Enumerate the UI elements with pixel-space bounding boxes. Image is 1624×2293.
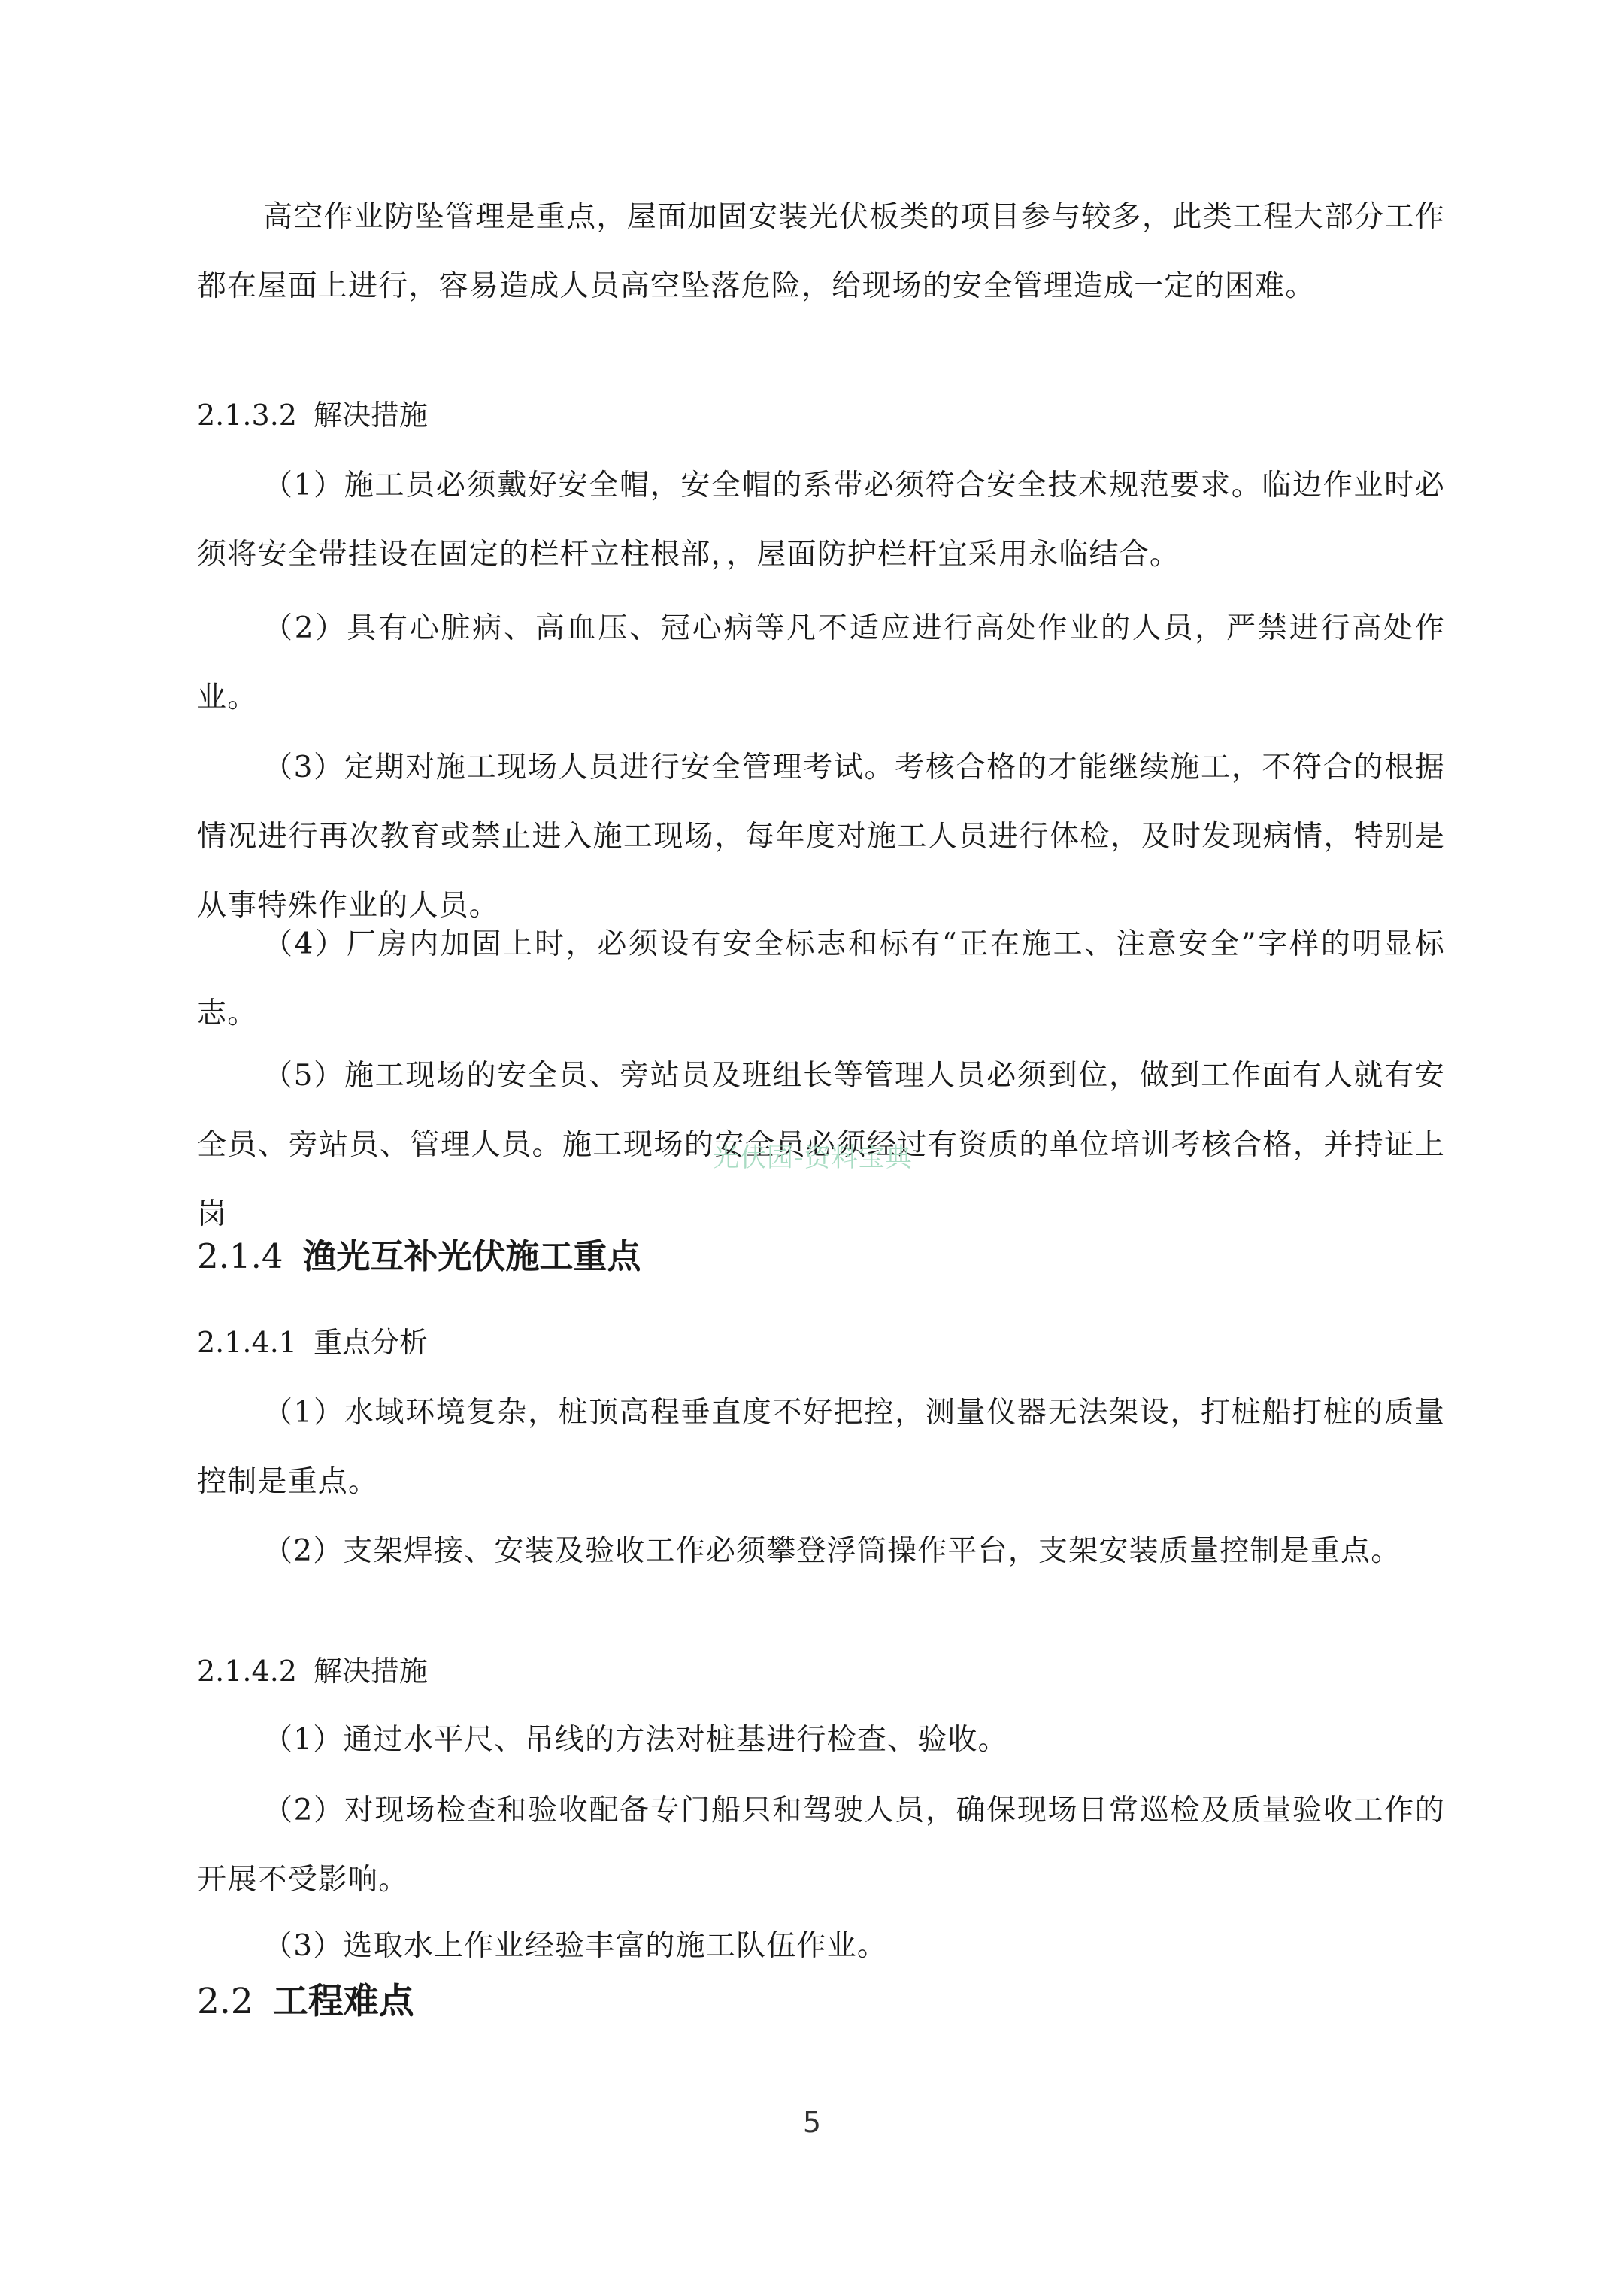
heading-2-1-4-2: 2.1.4.2解决措施 [197,1652,1445,1690]
list-item: （1）施工员必须戴好安全帽，安全帽的系带必须符合安全技术规范要求。临边作业时必须… [197,451,1445,590]
paragraph: 高空作业防坠管理是重点，屋面加固安装光伏板类的项目参与较多，此类工程大部分工作都… [197,183,1445,321]
paragraph: （1）通过水平尺、吊线的方法对桩基进行检查、验收。 [197,1706,1445,1775]
heading-title: 工程难点 [273,1981,414,2022]
heading-title: 渔光互补光伏施工重点 [303,1236,641,1276]
intro-paragraph-block: 高空作业防坠管理是重点，屋面加固安装光伏板类的项目参与较多，此类工程大部分工作都… [197,183,1445,321]
list-item: （2）支架焊接、安装及验收工作必须攀登浮筒操作平台，支架安装质量控制是重点。 [197,1517,1445,1586]
heading-number: 2.1.4.1 [197,1326,297,1359]
list-item: （2）具有心脏病、高血压、冠心病等凡不适应进行高处作业的人员，严禁进行高处作业。 [197,594,1445,732]
paragraph: （2）对现场检查和验收配备专门船只和驾驶人员，确保现场日常巡检及质量验收工作的开… [197,1776,1445,1915]
list-item: （2）对现场检查和验收配备专门船只和驾驶人员，确保现场日常巡检及质量验收工作的开… [197,1776,1445,1915]
paragraph: （1）水域环境复杂，桩顶高程垂直度不好把控，测量仪器无法架设，打桩船打桩的质量控… [197,1379,1445,1517]
heading-title: 解决措施 [314,1655,428,1688]
heading-2-2: 2.2工程难点 [197,1980,1445,2024]
watermark: 光伏园-资料宝典 [713,1137,913,1175]
list-item: （1）通过水平尺、吊线的方法对桩基进行检查、验收。 [197,1706,1445,1775]
paragraph: （2）具有心脏病、高血压、冠心病等凡不适应进行高处作业的人员，严禁进行高处作业。 [197,594,1445,732]
page-number: 5 [0,2106,1624,2139]
document-page: 高空作业防坠管理是重点，屋面加固安装光伏板类的项目参与较多，此类工程大部分工作都… [0,0,1624,2293]
paragraph: （1）施工员必须戴好安全帽，安全帽的系带必须符合安全技术规范要求。临边作业时必须… [197,451,1445,590]
heading-number: 2.1.3.2 [197,399,297,432]
list-item: （1）水域环境复杂，桩顶高程垂直度不好把控，测量仪器无法架设，打桩船打桩的质量控… [197,1379,1445,1517]
heading-title: 重点分析 [314,1326,428,1359]
heading-2-1-4: 2.1.4渔光互补光伏施工重点 [197,1236,1445,1278]
heading-title: 解决措施 [314,399,428,432]
heading-number: 2.2 [197,1981,253,2022]
heading-2-1-4-1: 2.1.4.1重点分析 [197,1324,1445,1361]
heading-number: 2.1.4.2 [197,1655,297,1688]
list-item: （3）选取水上作业经验丰富的施工队伍作业。 [197,1912,1445,1981]
heading-number: 2.1.4 [197,1236,283,1276]
paragraph: （3）选取水上作业经验丰富的施工队伍作业。 [197,1912,1445,1981]
list-item: （4）厂房内加固上时，必须设有安全标志和标有“正在施工、注意安全”字样的明显标志… [197,910,1445,1048]
heading-2-1-3-2: 2.1.3.2解决措施 [197,396,1445,434]
paragraph: （2）支架焊接、安装及验收工作必须攀登浮筒操作平台，支架安装质量控制是重点。 [197,1517,1445,1586]
paragraph: （4）厂房内加固上时，必须设有安全标志和标有“正在施工、注意安全”字样的明显标志… [197,910,1445,1048]
